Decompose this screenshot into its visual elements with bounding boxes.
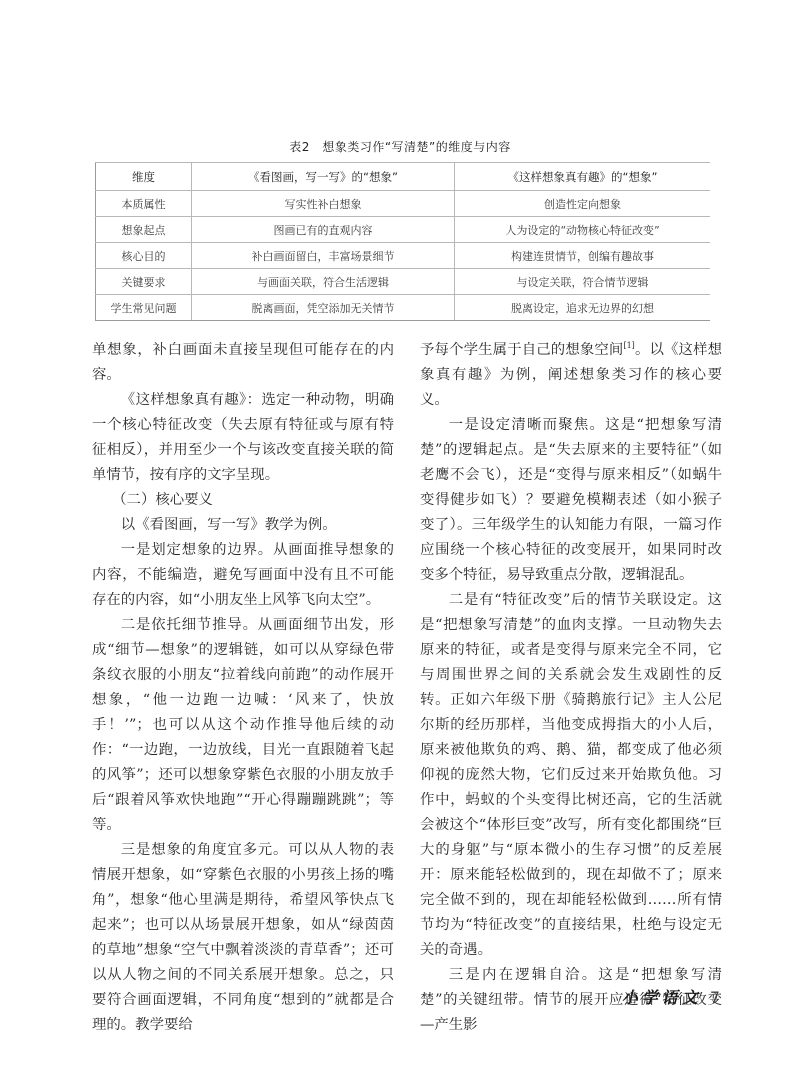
paragraph: 二是有“特征改变”后的情节关联设定。这是“把想象写清楚”的血肉支撑。一旦动物失去…	[420, 588, 722, 963]
paragraph: 二是依托细节推导。从画面细节出发，形成“细节—想象”的逻辑链，如可以从穿绿色带条…	[92, 613, 394, 838]
page-footer: 小学语文7	[600, 985, 720, 1008]
table-row: 本质属性 写实性补白想象 创造性定向想象	[96, 191, 711, 217]
paragraph: 单想象，补白画面未直接呈现但可能存在的内容。	[92, 338, 394, 388]
table-cell: 脱离设定，追求无边界的幻想	[455, 295, 711, 321]
table-row: 学生常见问题 脱离画面，凭空添加无关情节 脱离设定，追求无边界的幻想	[96, 295, 711, 321]
paragraph: 三是想象的角度宜多元。可以从人物的表情展开想象，如“穿紫色衣服的小男孩上扬的嘴角…	[92, 838, 394, 1038]
dimension-table: 维度 《看图画，写一写》的“想象” 《这样想象真有趣》的“想象” 本质属性 写实…	[95, 162, 710, 321]
left-column: 单想象，补白画面未直接呈现但可能存在的内容。 《这样想象真有趣》：选定一种动物，…	[92, 338, 394, 1038]
table-cell: 核心目的	[96, 243, 192, 269]
table-cell: 创造性定向想象	[455, 191, 711, 217]
table-cell: 脱离画面，凭空添加无关情节	[192, 295, 455, 321]
table-cell: 学生常见问题	[96, 295, 192, 321]
right-column: 予每个学生属于自己的想象空间[1]。以《这样想象真有趣》为例，阐述想象类习作的核…	[420, 338, 722, 1038]
header-picture-writing: 《看图画，写一写》的“想象”	[192, 163, 455, 191]
paragraph: 一是划定想象的边界。从画面推导想象的内容，不能编造，避免写画面中没有且不可能存在…	[92, 538, 394, 613]
header-dimension: 维度	[96, 163, 192, 191]
table-cell: 与设定关联，符合情节逻辑	[455, 269, 711, 295]
table-cell: 本质属性	[96, 191, 192, 217]
table-cell: 与画面关联，符合生活逻辑	[192, 269, 455, 295]
paragraph: 一是设定清晰而聚焦。这是“把想象写清楚”的逻辑起点。是“失去原来的主要特征”（如…	[420, 413, 722, 588]
reference-marker: [1]	[623, 341, 634, 350]
table-caption: 表2 想象类习作“写清楚”的维度与内容	[0, 138, 800, 155]
paragraph: 《这样想象真有趣》：选定一种动物，明确一个核心特征改变（失去原有特征或与原有特征…	[92, 388, 394, 488]
paragraph-text: 予每个学生属于自己的想象空间	[420, 342, 623, 358]
table-cell: 图画已有的直观内容	[192, 217, 455, 243]
table-row: 核心目的 补白画面留白，丰富场景细节 构建连贯情节，创编有趣故事	[96, 243, 711, 269]
table-row: 关键要求 与画面关联，符合生活逻辑 与设定关联，符合情节逻辑	[96, 269, 711, 295]
table-header-row: 维度 《看图画，写一写》的“想象” 《这样想象真有趣》的“想象”	[96, 163, 711, 191]
section-heading: （二）核心要义	[92, 488, 394, 513]
table-cell: 想象起点	[96, 217, 192, 243]
table-cell: 补白画面留白，丰富场景细节	[192, 243, 455, 269]
table-cell: 写实性补白想象	[192, 191, 455, 217]
table-cell: 人为设定的“动物核心特征改变”	[455, 217, 711, 243]
paragraph: 予每个学生属于自己的想象空间[1]。以《这样想象真有趣》为例，阐述想象类习作的核…	[420, 338, 722, 413]
page-number: 7	[710, 988, 720, 1007]
header-imagination-fun: 《这样想象真有趣》的“想象”	[455, 163, 711, 191]
journal-brand: 小学语文	[622, 988, 702, 1007]
table-cell: 构建连贯情节，创编有趣故事	[455, 243, 711, 269]
table-cell: 关键要求	[96, 269, 192, 295]
paragraph: 以《看图画，写一写》教学为例。	[92, 513, 394, 538]
table-row: 想象起点 图画已有的直观内容 人为设定的“动物核心特征改变”	[96, 217, 711, 243]
